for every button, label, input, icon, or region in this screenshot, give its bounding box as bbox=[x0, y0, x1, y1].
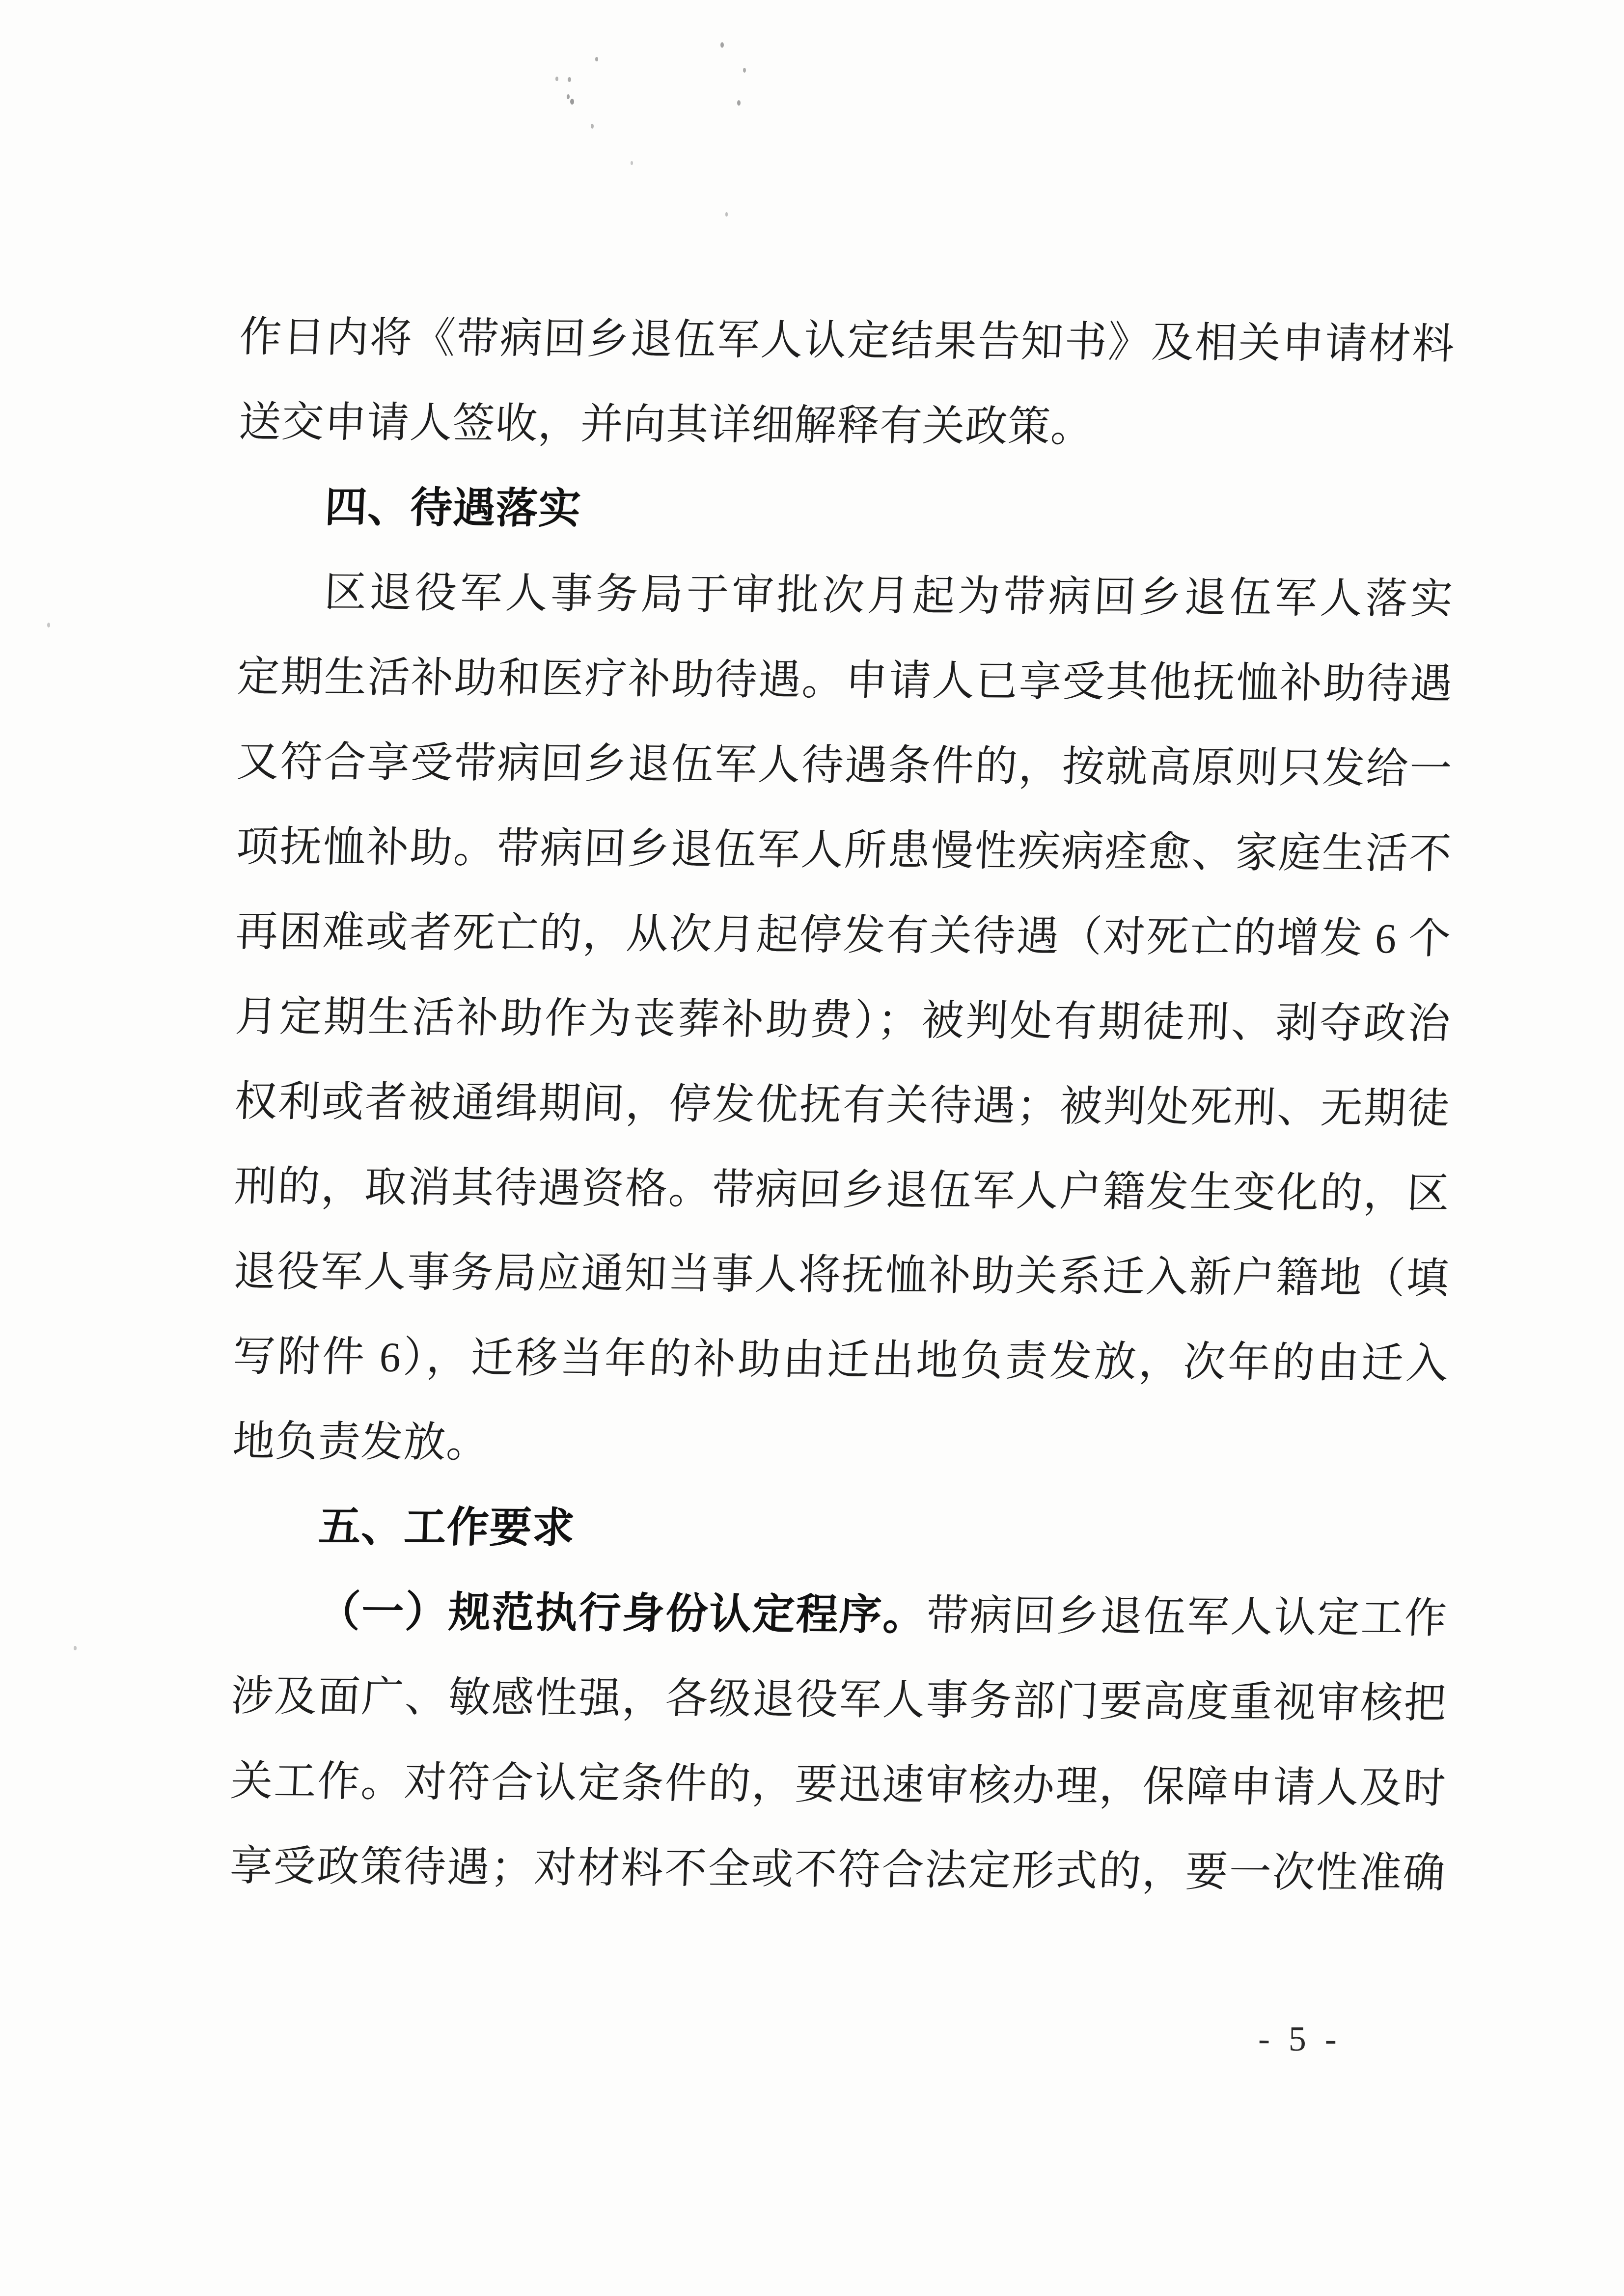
scan-speck bbox=[555, 77, 558, 81]
body-text: 地负责发放。 bbox=[232, 1418, 490, 1466]
scan-speck bbox=[591, 124, 594, 129]
body-text: 月定期生活补助作为丧葬补助费）；被判处有期徒刑、剥夺政治 bbox=[234, 993, 1452, 1047]
scan-speck bbox=[568, 77, 571, 82]
scan-speck bbox=[743, 68, 746, 73]
text-line: 享受政策待遇；对材料不全或不符合法定形式的，要一次性准确 bbox=[228, 1824, 1447, 1916]
scan-speck bbox=[595, 57, 598, 61]
scan-speck bbox=[74, 1646, 77, 1650]
body-text: 又符合享受带病回乡退伍军人待遇条件的，按就高原则只发给一 bbox=[236, 738, 1453, 793]
scan-speck bbox=[631, 161, 633, 165]
scan-speck bbox=[567, 94, 570, 99]
text-line: 写附件 6），迁移当年的补助由迁出地负责发放，次年的由迁入 bbox=[231, 1314, 1450, 1406]
emphasis-text: （一）规范执行身份认定程序。 bbox=[317, 1588, 928, 1639]
body-text: 刑的，取消其待遇资格。带病回乡退伍军人户籍发生变化的，区 bbox=[233, 1163, 1451, 1217]
text-line: 退役军人事务局应通知当事人将抚恤补助关系迁入新户籍地（填 bbox=[232, 1229, 1451, 1321]
section-heading-block: 五、工作要求 bbox=[232, 1484, 1448, 1576]
body-text: 项抚恤补助。带病回乡退伍军人所患慢性疾病痊愈、家庭生活不 bbox=[235, 823, 1453, 877]
body-text: 作日内将《带病回乡退伍军人认定结果告知书》及相关申请材料 bbox=[239, 313, 1456, 368]
scan-speck bbox=[720, 42, 724, 48]
section-heading: 四、待遇落实 bbox=[237, 465, 1456, 557]
paragraph-block: 作日内将《带病回乡退伍军人认定结果告知书》及相关申请材料送交申请人签收，并向其详… bbox=[239, 295, 1455, 472]
text-line: 再困难或者死亡的，从次月起停发有关待遇（对死亡的增发 6 个 bbox=[234, 889, 1453, 982]
paragraph-block: （一）规范执行身份认定程序。带病回乡退伍军人认定工作涉及面广、敏感性强，各级退役… bbox=[230, 1569, 1447, 1916]
paragraph-block: 区退役军人事务局于审批次月起为带病回乡退伍军人落实定期生活补助和医疗补助待遇。申… bbox=[232, 549, 1454, 1491]
page-number: - 5 - bbox=[1258, 2014, 1342, 2064]
text-line: （一）规范执行身份认定程序。带病回乡退伍军人认定工作 bbox=[230, 1569, 1449, 1661]
text-line: 权利或者被通缉期间，停发优抚有关待遇；被判处死刑、无期徒 bbox=[233, 1059, 1452, 1151]
section-heading: 五、工作要求 bbox=[230, 1484, 1449, 1576]
body-text: 关工作。对符合认定条件的，要迅速审核办理，保障申请人及时 bbox=[230, 1757, 1447, 1812]
scan-speck bbox=[570, 99, 574, 105]
text-line: 刑的，取消其待遇资格。带病回乡退伍军人户籍发生变化的，区 bbox=[232, 1144, 1451, 1236]
body-text: 权利或者被通缉期间，停发优抚有关待遇；被判处死刑、无期徒 bbox=[234, 1078, 1451, 1132]
body-text: 送交申请人签收，并向其详细解释有关政策。 bbox=[238, 398, 1094, 451]
body-text: 享受政策待遇；对材料不全或不符合法定形式的，要一次性准确 bbox=[229, 1842, 1447, 1897]
body-text: 带病回乡退伍军人认定工作 bbox=[925, 1592, 1448, 1642]
text-line: 送交申请人签收，并向其详细解释有关政策。 bbox=[237, 380, 1456, 472]
scan-speck bbox=[725, 212, 728, 217]
text-line: 又符合享受带病回乡退伍军人待遇条件的，按就高原则只发给一 bbox=[235, 719, 1454, 812]
scan-speck bbox=[737, 100, 741, 106]
text-line: 定期生活补助和医疗补助待遇。申请人已享受其他抚恤补助待遇 bbox=[236, 634, 1455, 727]
text-line: 作日内将《带病回乡退伍军人认定结果告知书》及相关申请材料 bbox=[238, 295, 1457, 387]
document-content: 作日内将《带病回乡退伍军人认定结果告知书》及相关申请材料送交申请人签收，并向其详… bbox=[230, 295, 1455, 1916]
text-line: 项抚恤补助。带病回乡退伍军人所患慢性疾病痊愈、家庭生活不 bbox=[235, 804, 1454, 897]
body-text: 退役军人事务局应通知当事人将抚恤补助关系迁入新户籍地（填 bbox=[233, 1248, 1450, 1302]
scan-speck bbox=[47, 623, 50, 628]
text-line: 区退役军人事务局于审批次月起为带病回乡退伍军人落实 bbox=[236, 549, 1455, 642]
text-line: 地负责发放。 bbox=[231, 1399, 1450, 1491]
body-text: 五、工作要求 bbox=[318, 1503, 576, 1552]
body-text: 涉及面广、敏感性强，各级退役军人事务部门要高度重视审核把 bbox=[230, 1672, 1448, 1727]
body-text: 四、待遇落实 bbox=[324, 484, 582, 532]
document-page: 作日内将《带病回乡退伍军人认定结果告知书》及相关申请材料送交申请人签收，并向其详… bbox=[0, 0, 1624, 2296]
text-line: 关工作。对符合认定条件的，要迅速审核办理，保障申请人及时 bbox=[229, 1739, 1448, 1831]
body-text: 区退役军人事务局于审批次月起为带病回乡退伍军人落实 bbox=[323, 569, 1454, 623]
section-heading-block: 四、待遇落实 bbox=[238, 465, 1454, 557]
body-text: 写附件 6），迁移当年的补助由迁出地负责发放，次年的由迁入 bbox=[232, 1333, 1450, 1387]
body-text: 再困难或者死亡的，从次月起停发有关待遇（对死亡的增发 6 个 bbox=[235, 908, 1452, 962]
text-line: 涉及面广、敏感性强，各级退役军人事务部门要高度重视审核把 bbox=[229, 1654, 1448, 1746]
body-text: 定期生活补助和医疗补助待遇。申请人已享受其他抚恤补助待遇 bbox=[236, 653, 1454, 708]
text-line: 月定期生活补助作为丧葬补助费）；被判处有期徒刑、剥夺政治 bbox=[233, 974, 1452, 1066]
